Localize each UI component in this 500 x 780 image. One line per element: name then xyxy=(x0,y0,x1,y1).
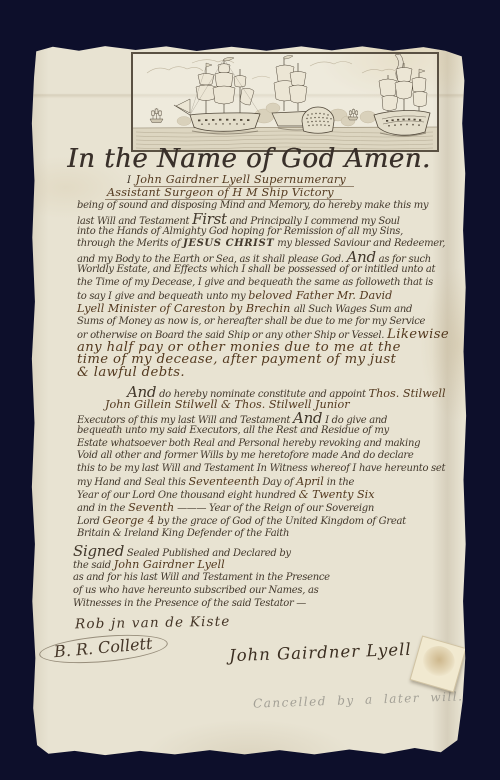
naval-battle-scene xyxy=(132,53,438,151)
document-line: Britain & Ireland King Defender of the F… xyxy=(77,528,455,541)
photograph-background: In the Name of God Amen. I John Gairdner… xyxy=(0,0,500,780)
printed-text: and in the xyxy=(77,503,128,514)
printed-text: as and for his last Will and Testament i… xyxy=(73,572,330,583)
ship-right-icon xyxy=(374,54,430,136)
document-line: Assistant Surgeon of H M Ship Victory xyxy=(77,187,455,200)
handwritten-text: Lyell Minister of Careston by Brechin xyxy=(77,302,294,315)
printed-text: to say I give and bequeath unto my xyxy=(77,291,248,302)
wax-seal-remnant xyxy=(410,636,467,693)
printed-text: the said xyxy=(73,560,114,571)
distant-ship-icon xyxy=(348,109,358,121)
document-line: and my Body to the Earth or Sea, as it s… xyxy=(77,251,455,264)
printed-text: being of sound and disposing Mind and Me… xyxy=(77,200,428,211)
document-line: Lyell Minister of Careston by Brechin al… xyxy=(77,303,455,316)
printed-text: Lord xyxy=(77,516,103,527)
printed-text: into the Hands of Almighty God hoping fo… xyxy=(77,226,403,237)
printed-text: JESUS CHRIST xyxy=(183,238,274,249)
will-document-page: In the Name of God Amen. I John Gairdner… xyxy=(31,45,467,758)
handwritten-text: & Twenty Six xyxy=(299,488,375,501)
printed-text: Sums of Money as now is, or hereafter sh… xyxy=(77,316,425,327)
document-line: Worldly Estate, and Effects which I shal… xyxy=(77,264,455,277)
document-line: being of sound and disposing Mind and Me… xyxy=(77,200,455,213)
handwritten-text: Seventeenth xyxy=(188,475,259,488)
printed-text: bequeath unto my said Executors, all the… xyxy=(77,425,389,436)
document-line: last Will and Testament First and Princi… xyxy=(77,213,455,226)
document-line: I John Gairdner Lyell Supernumerary xyxy=(77,174,455,187)
printed-text: my Hand and Seal this xyxy=(77,477,188,488)
executors-paragraph: And do hereby nominate constitute and ap… xyxy=(77,386,455,541)
handwritten-text: Assistant Surgeon of H M Ship Victory xyxy=(105,186,342,200)
handwritten-text: April xyxy=(296,475,324,488)
document-line: into the Hands of Almighty God hoping fo… xyxy=(77,226,455,239)
naval-battle-engraving xyxy=(131,52,439,152)
opening-paragraph: I John Gairdner Lyell SupernumeraryAssis… xyxy=(77,174,455,380)
printed-text: Estate whatsoever both Real and Personal… xyxy=(77,438,420,449)
handwritten-text: beloved Father Mr. David xyxy=(248,289,392,302)
document-line: John Gillein Stilwell & Thos. Stilwell J… xyxy=(77,399,455,412)
printed-text: ——— Year of the Reign of our Sovereign xyxy=(174,503,374,514)
attestation-paragraph: Signed Sealed Published and Declared byt… xyxy=(73,545,373,610)
document-title: In the Name of God Amen. xyxy=(31,144,467,174)
document-line: the said John Gairdner Lyell xyxy=(73,558,373,571)
document-line: bequeath unto my said Executors, all the… xyxy=(77,425,455,438)
document-line: this to be my last Will and Testament In… xyxy=(77,463,455,476)
document-line: Estate whatsoever both Real and Personal… xyxy=(77,438,455,451)
document-line: as and for his last Will and Testament i… xyxy=(73,571,373,584)
document-line: Signed Sealed Published and Declared by xyxy=(73,545,373,558)
document-line: through the Merits of JESUS CHRIST my bl… xyxy=(77,238,455,251)
printed-text: Witnesses in the Presence of the said Te… xyxy=(73,598,306,609)
document-line: Void all other and former Wills by me he… xyxy=(77,450,455,463)
handwritten-text: John Gairdner Lyell xyxy=(114,558,225,571)
pencil-annotation: Cancelled by a later will. xyxy=(253,689,464,710)
handwritten-text: Thos. Stilwell xyxy=(369,387,446,400)
printed-text: in the xyxy=(324,477,354,488)
document-line: my Hand and Seal this Seventeenth Day of… xyxy=(77,476,455,489)
printed-text: I xyxy=(127,175,134,186)
printed-text: Day of xyxy=(260,477,297,488)
document-line: Executors of this my last Will and Testa… xyxy=(77,412,455,425)
handwritten-text: John Gairdner Lyell Supernumerary xyxy=(134,173,354,187)
handwritten-text: & lawful debts. xyxy=(77,365,185,380)
cloud-hatching xyxy=(147,60,397,79)
dome-tower-icon xyxy=(302,107,334,133)
witness-signature-collett: B. R. Collett xyxy=(38,630,168,667)
distant-ship-icon xyxy=(150,108,163,123)
testator-signature: John Gairdner Lyell xyxy=(229,640,412,665)
document-line: & lawful debts. xyxy=(77,367,455,380)
printed-text: through the Merits of xyxy=(77,238,183,249)
document-line: Lord George 4 by the grace of God of the… xyxy=(77,515,455,528)
witness-signature-vandekiste: Rob jn van de Kiste xyxy=(75,614,231,633)
seal-stain xyxy=(419,642,458,680)
printed-text: Britain & Ireland King Defender of the F… xyxy=(77,528,289,539)
printed-text: Void all other and former Wills by me he… xyxy=(77,450,414,461)
handwritten-text: Seventh xyxy=(128,501,174,514)
printed-text: Year of our Lord One thousand eight hund… xyxy=(77,490,299,501)
printed-text: this to be my last Will and Testament In… xyxy=(77,463,445,474)
printed-text: of us who have hereunto subscribed our N… xyxy=(73,585,318,596)
printed-text: by the grace of God of the United Kingdo… xyxy=(155,516,406,527)
document-line: Witnesses in the Presence of the said Te… xyxy=(73,597,373,610)
printed-text: all Such Wages Sum and xyxy=(294,304,412,315)
handwritten-text: George 4 xyxy=(103,514,155,527)
document-line: of us who have hereunto subscribed our N… xyxy=(73,584,373,597)
printed-text: the Time of my Decease, I give and beque… xyxy=(77,277,433,288)
printed-text: Worldly Estate, and Effects which I shal… xyxy=(77,264,435,275)
